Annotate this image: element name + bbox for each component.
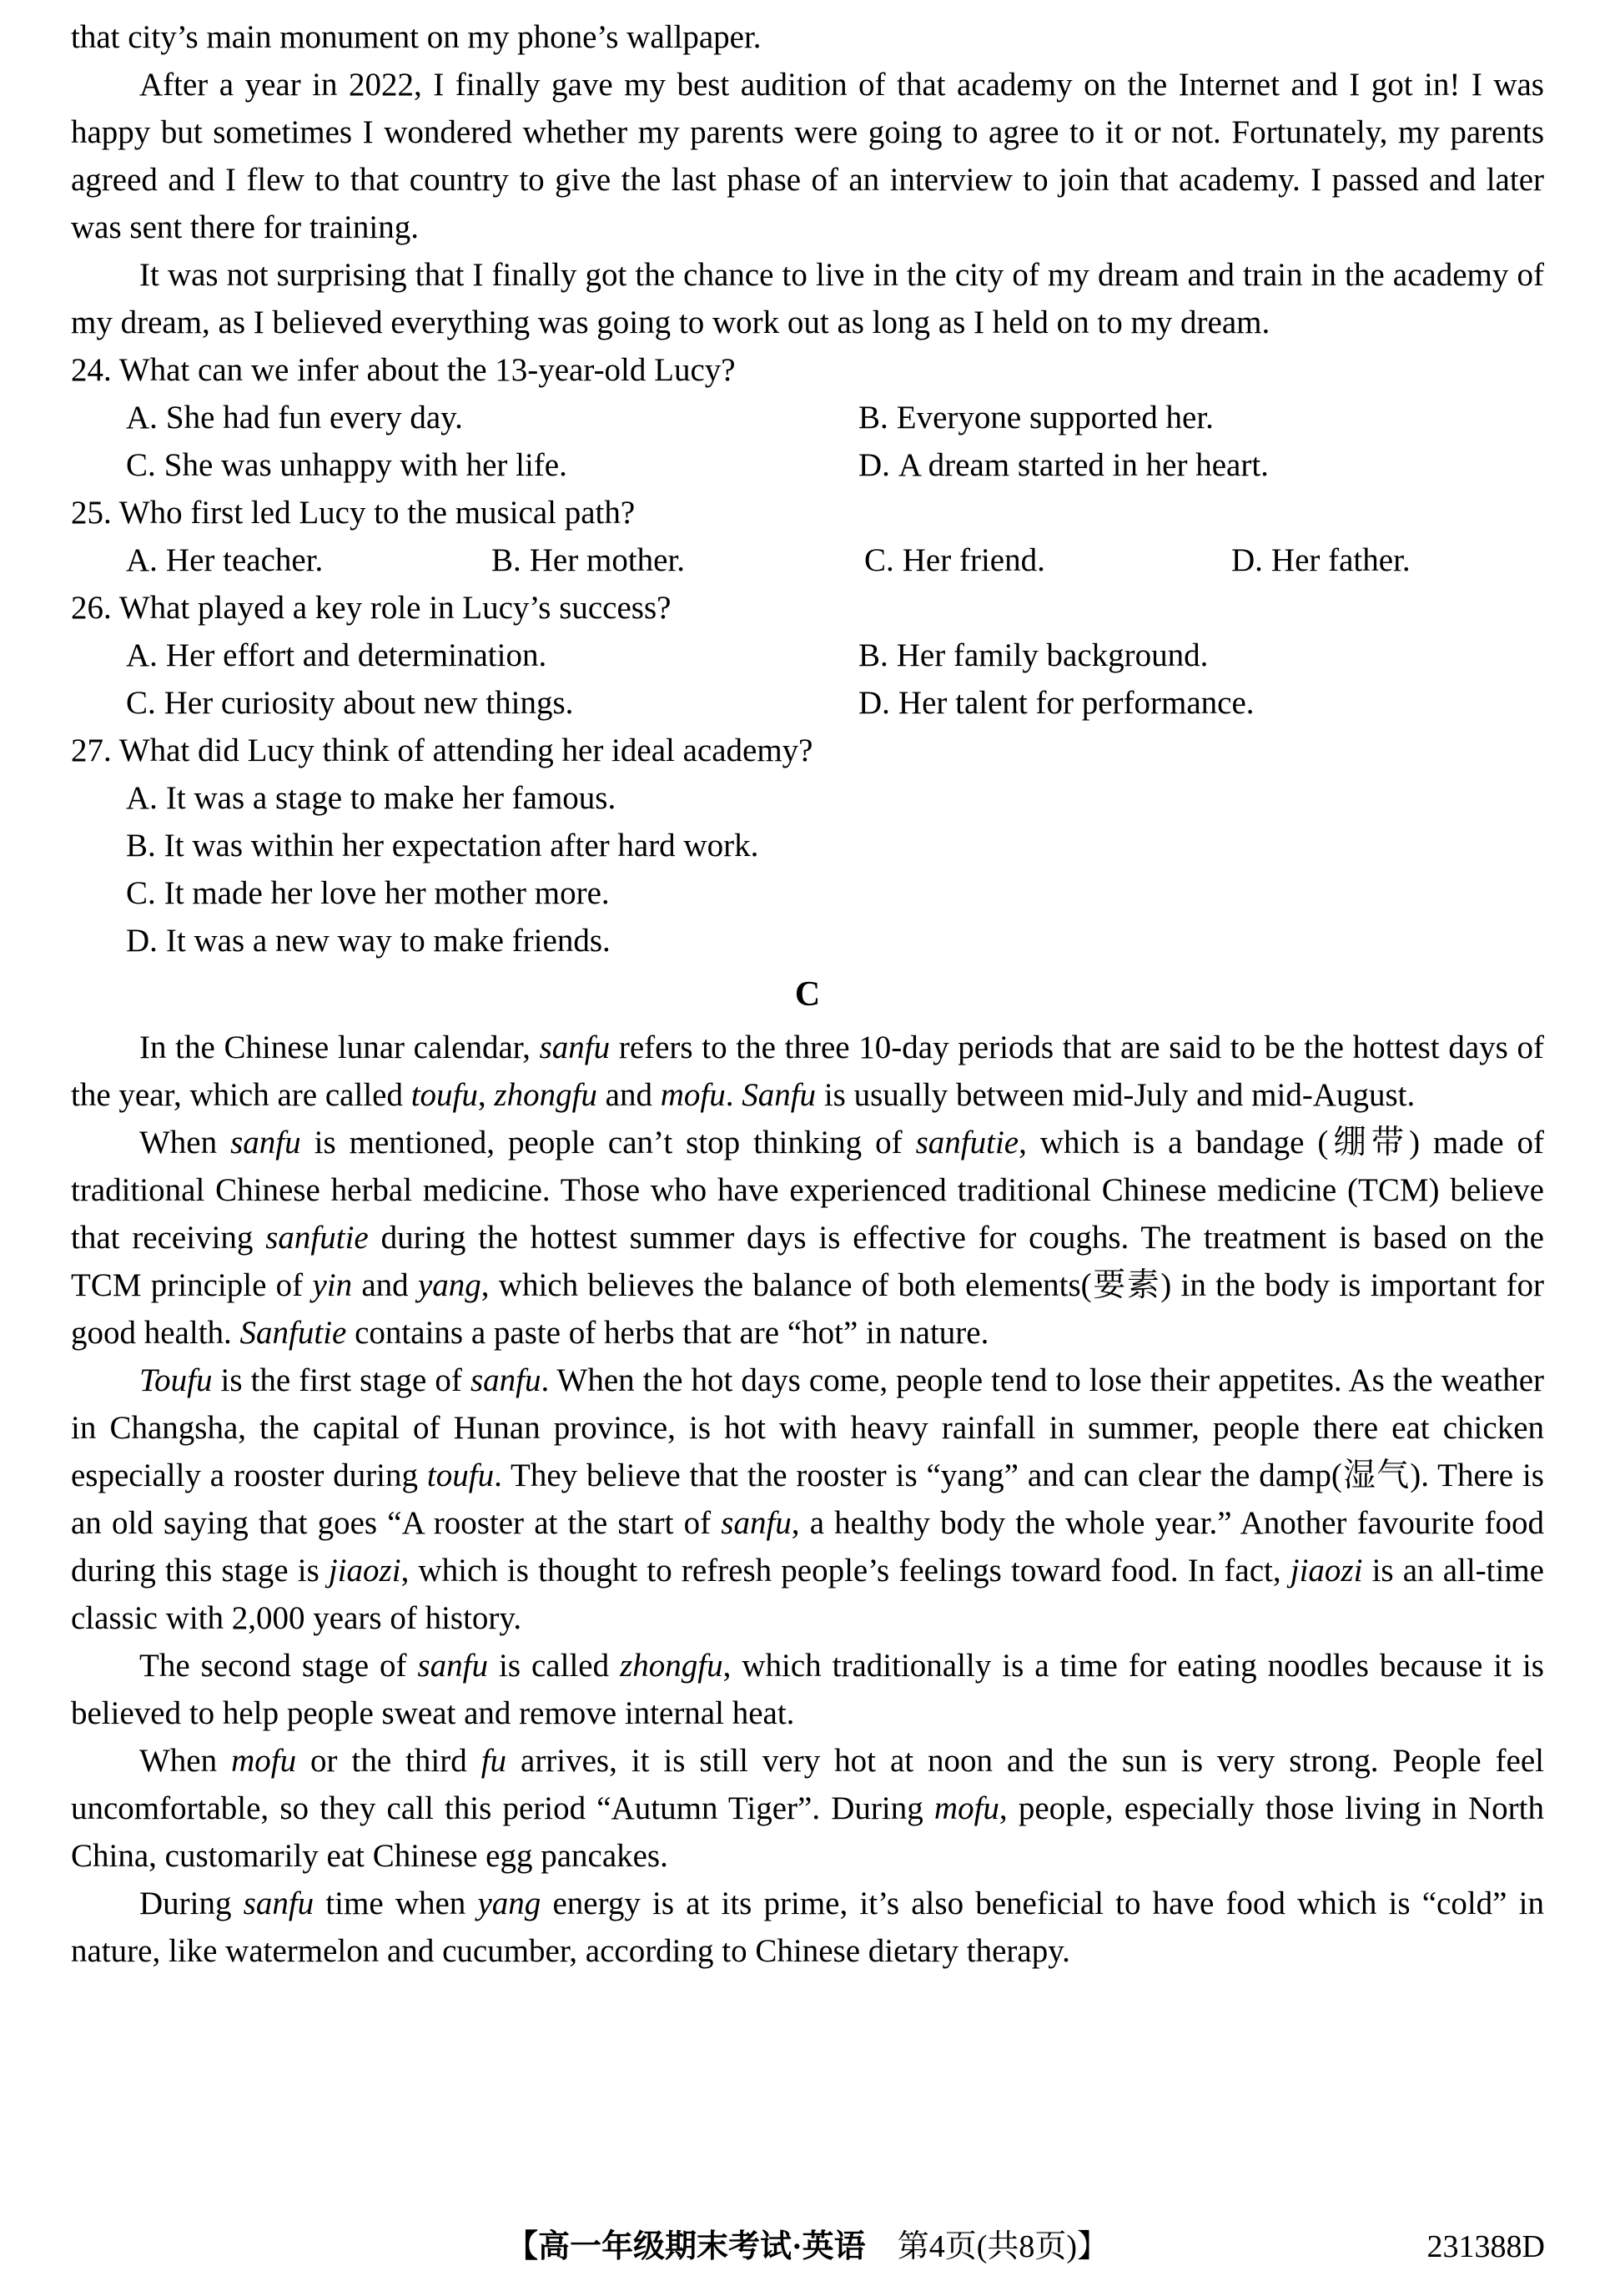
option-text: Everyone supported her. [897,400,1214,436]
option-label: B. [491,542,521,578]
passage-c-paragraph-4: The second stage of sanfu is called zhon… [71,1642,1544,1737]
option-text: Her curiosity about new things. [164,685,574,721]
option-24-d: D.A dream started in her heart. [858,441,1544,489]
option-24-c: C.She was unhappy with her life. [126,441,858,489]
option-label: C. [126,875,156,911]
option-26-b: B.Her family background. [858,632,1544,679]
option-25-a: A.Her teacher. [126,536,491,584]
option-text: A dream started in her heart. [898,447,1269,483]
footer-page-number: 第4页(共8页)】 [866,2229,1109,2264]
question-number: 25. [71,495,112,531]
passage-b-paragraph-1: After a year in 2022, I finally gave my … [71,61,1544,251]
option-26-c: C.Her curiosity about new things. [126,679,858,727]
option-27-b: B.It was within her expectation after ha… [126,822,1544,869]
question-24: 24. What can we infer about the 13-year-… [71,346,1544,489]
passage-c-paragraph-3: Toufu is the first stage of sanfu. When … [71,1357,1544,1642]
footer-title: 【高一年级期末考试·英语 第4页(共8页)】 [506,2223,1109,2271]
option-text: It made her love her mother more. [164,875,610,911]
question-27: 27. What did Lucy think of attending her… [71,727,1544,964]
question-text: What did Lucy think of attending her ide… [119,733,813,768]
option-label: B. [858,637,888,673]
option-24-a: A.She had fun every day. [126,394,858,441]
option-text: It was a stage to make her famous. [166,780,616,816]
paper-code: 231388D [1427,2223,1545,2271]
option-26-d: D.Her talent for performance. [858,679,1544,727]
option-text: Her teacher. [166,542,323,578]
question-number: 26. [71,590,112,626]
passage-c-paragraph-5: When mofu or the third fu arrives, it is… [71,1737,1544,1880]
question-26: 26. What played a key role in Lucy’s suc… [71,584,1544,727]
option-text: Her mother. [530,542,685,578]
passage-b-paragraph-2: It was not surprising that I finally got… [71,251,1544,346]
option-27-c: C.It made her love her mother more. [126,869,1544,917]
question-text: Who first led Lucy to the musical path? [119,495,635,531]
page-footer: 【高一年级期末考试·英语 第4页(共8页)】 231388D [0,2223,1615,2271]
option-25-c: C.Her friend. [864,536,1231,584]
passage-b-tail-line: that city’s main monument on my phone’s … [71,13,1544,61]
option-label: B. [126,828,156,864]
question-text: What played a key role in Lucy’s success… [119,590,672,626]
option-27-d: D.It was a new way to make friends. [126,917,1544,964]
option-text: Her family background. [897,637,1209,673]
option-text: It was a new way to make friends. [166,923,611,959]
option-label: D. [1231,542,1263,578]
question-26-options: A.Her effort and determination. B.Her fa… [71,632,1544,727]
question-27-text: 27. What did Lucy think of attending her… [71,727,1544,774]
option-25-b: B.Her mother. [491,536,864,584]
passage-c-paragraph-1: In the Chinese lunar calendar, sanfu ref… [71,1024,1544,1119]
passage-c-paragraph-2: When sanfu is mentioned, people can’t st… [71,1119,1544,1357]
question-27-options: A.It was a stage to make her famous. B.I… [71,774,1544,964]
passage-c-paragraph-6: During sanfu time when yang energy is at… [71,1880,1544,1975]
option-label: A. [126,780,158,816]
footer-exam-title: 【高一年级期末考试·英语 [506,2229,866,2264]
option-label: A. [126,542,158,578]
option-text: Her friend. [903,542,1045,578]
option-24-b: B.Everyone supported her. [858,394,1544,441]
option-label: D. [126,923,158,959]
section-c-heading: C [71,971,1544,1019]
question-24-text: 24. What can we infer about the 13-year-… [71,346,1544,394]
question-text: What can we infer about the 13-year-old … [119,352,736,388]
question-25-options: A.Her teacher. B.Her mother. C.Her frien… [71,536,1544,584]
question-number: 27. [71,733,112,768]
option-label: C. [126,447,156,483]
option-text: It was within her expectation after hard… [164,828,759,864]
option-label: A. [126,637,158,673]
option-label: D. [858,447,890,483]
option-26-a: A.Her effort and determination. [126,632,858,679]
option-text: She had fun every day. [166,400,463,436]
option-label: C. [864,542,894,578]
option-27-a: A.It was a stage to make her famous. [126,774,1544,822]
option-25-d: D.Her father. [1231,536,1544,584]
option-label: B. [858,400,888,436]
exam-page: that city’s main monument on my phone’s … [0,0,1615,2296]
option-text: Her father. [1271,542,1411,578]
option-label: D. [858,685,890,721]
question-25-text: 25. Who first led Lucy to the musical pa… [71,489,1544,536]
option-text: She was unhappy with her life. [164,447,567,483]
option-label: A. [126,400,158,436]
question-number: 24. [71,352,112,388]
option-label: C. [126,685,156,721]
question-24-options: A.She had fun every day. B.Everyone supp… [71,394,1544,489]
question-26-text: 26. What played a key role in Lucy’s suc… [71,584,1544,632]
question-25: 25. Who first led Lucy to the musical pa… [71,489,1544,584]
option-text: Her effort and determination. [166,637,546,673]
option-text: Her talent for performance. [898,685,1255,721]
